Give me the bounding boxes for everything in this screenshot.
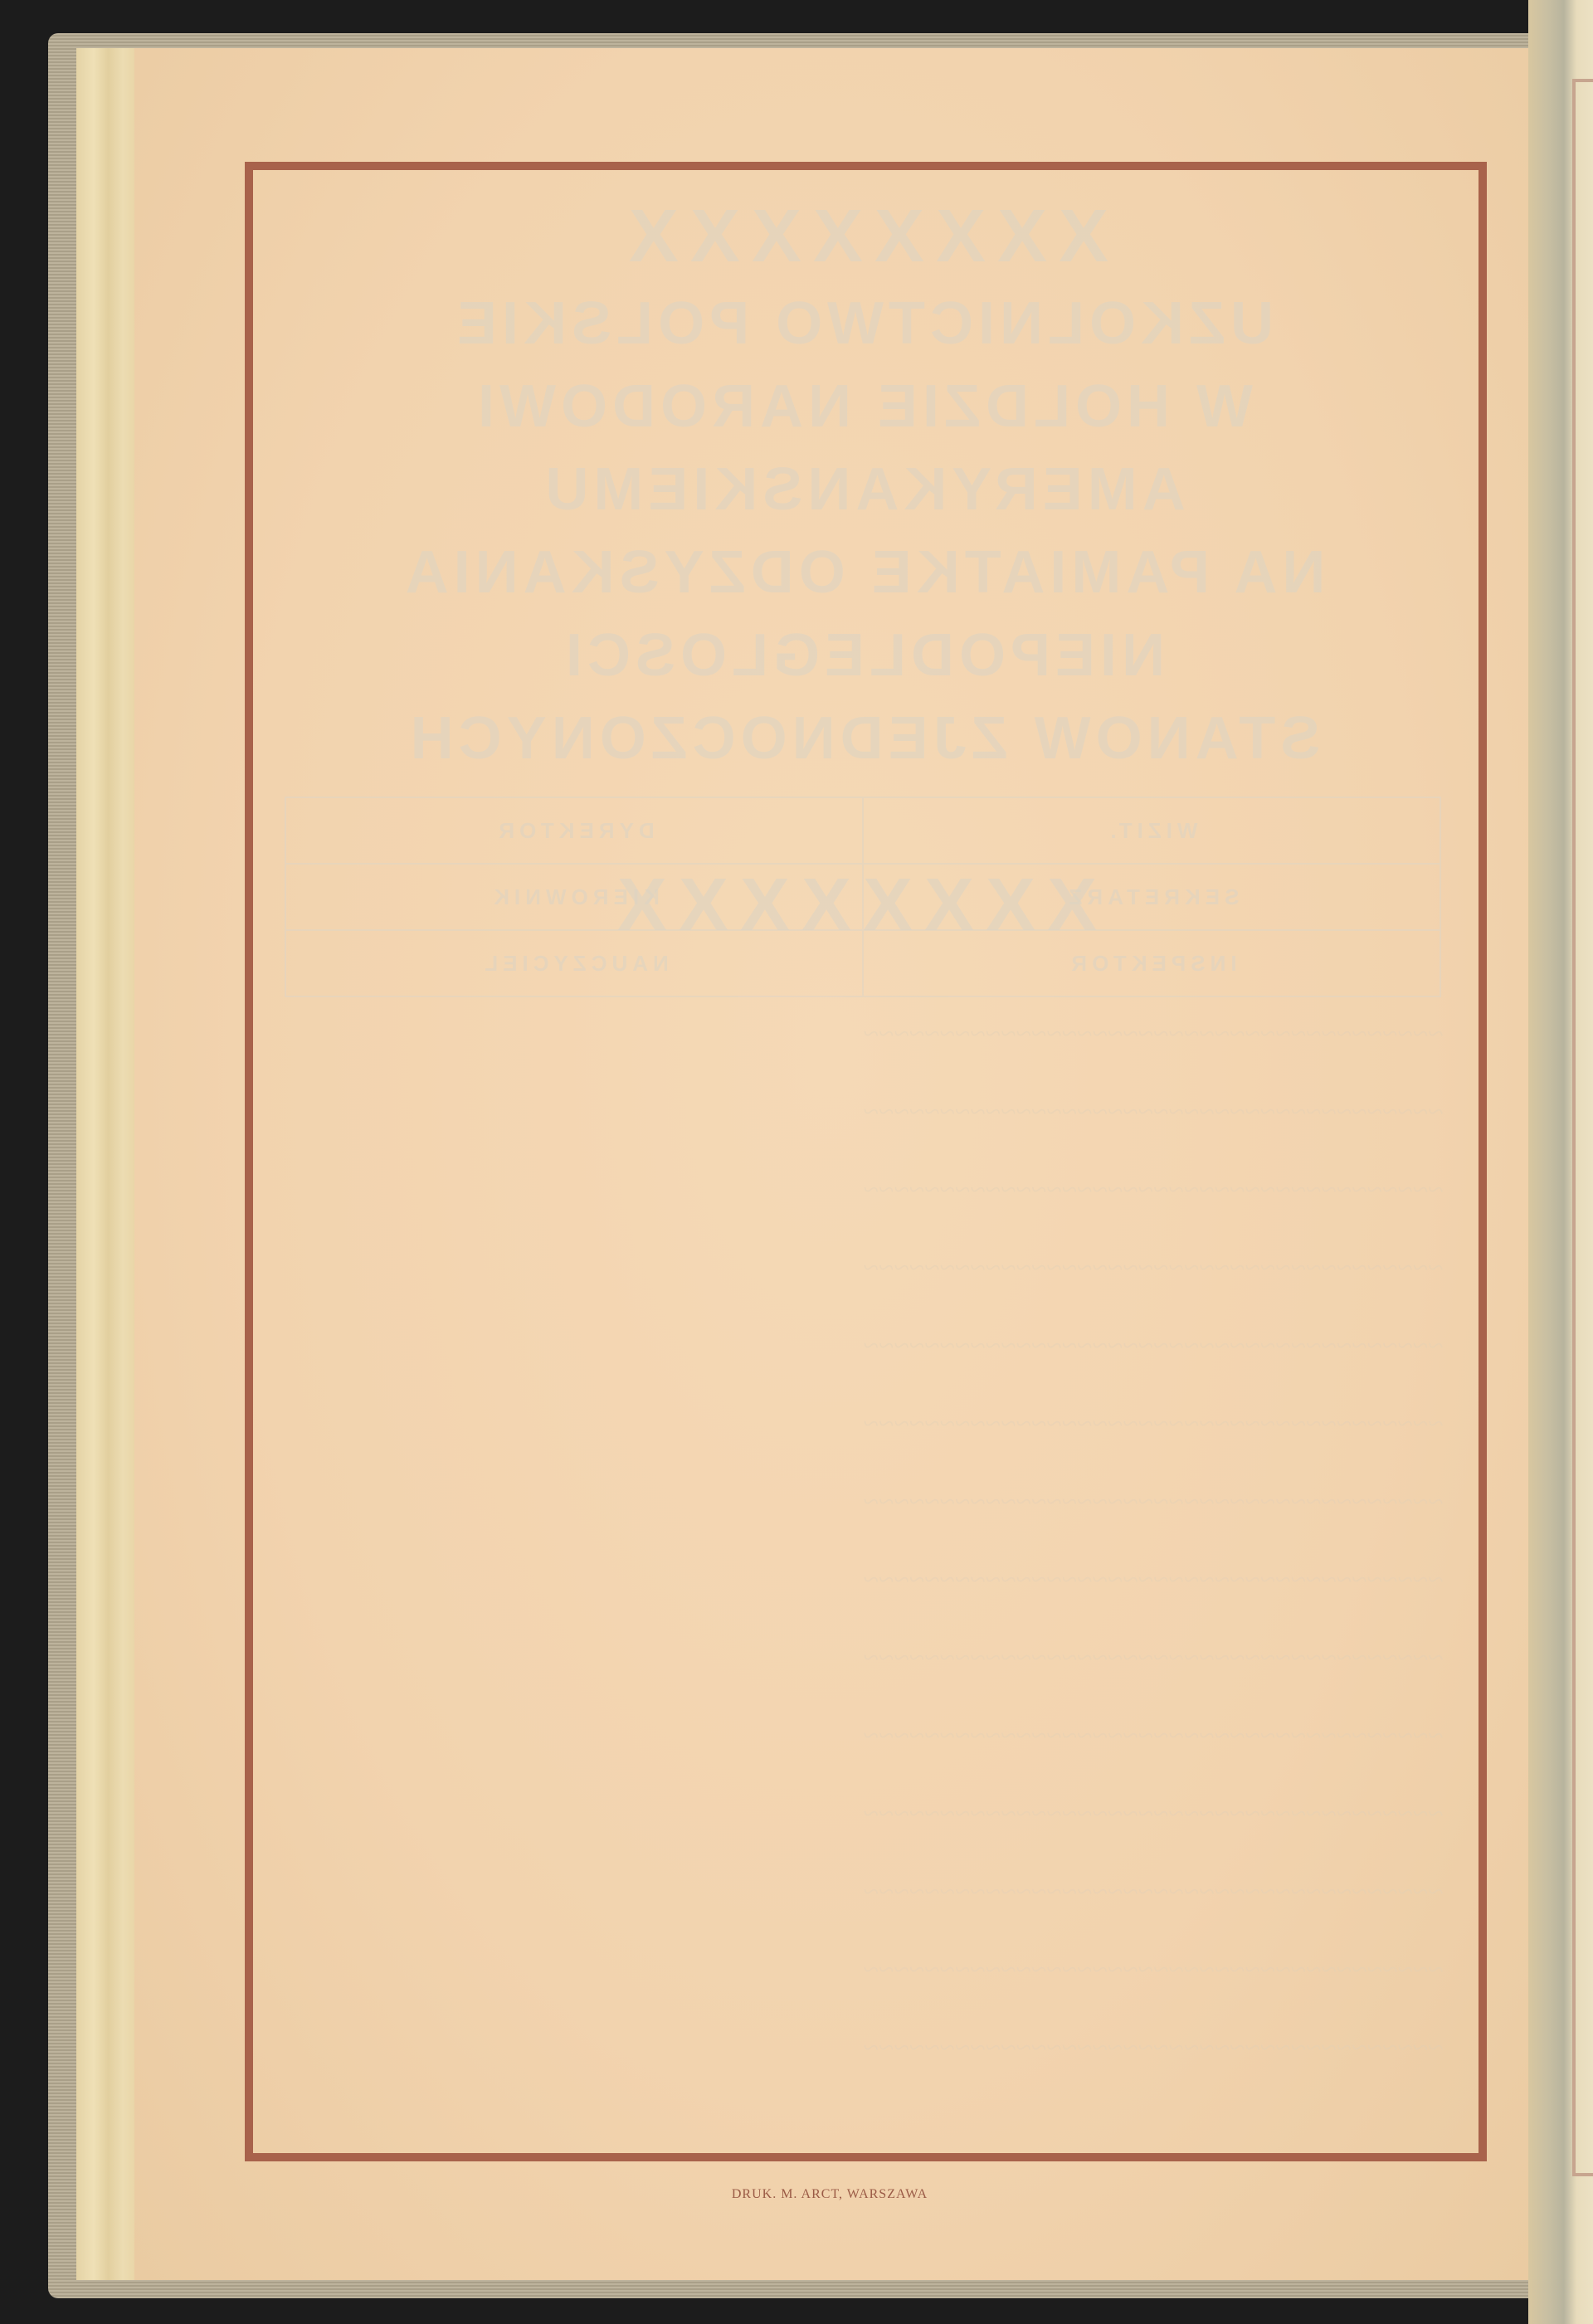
show-through-top-ornament: XXXXXXXX bbox=[282, 191, 1444, 282]
facing-page-frame-edge bbox=[1572, 79, 1593, 2176]
handwriting-line: ~~~~~~~~~~~~~~~~~~~~~~~~~~~~~~~~~~~~~~ bbox=[282, 1074, 1444, 1152]
handwriting-line: ~~~~~~~~~~~~~~~~~~~~~~~~~~~~~~~~~~~~~~ bbox=[282, 1542, 1444, 1620]
handwriting-line: ~~~~~~~~~~~~~~~~~~~~~~~~~~~~~~~~~~~~~~ bbox=[282, 996, 1444, 1074]
show-through-line: UZKOLNICTWO POLSKIE bbox=[282, 282, 1444, 365]
show-through-line: NIEPODLEGLOSCI bbox=[282, 614, 1444, 697]
handwriting-line: ~~~~~~~~~~~~~~~~~~~~~~~~~~~~~~~~~~~~~~ bbox=[282, 1308, 1444, 1386]
show-through-line: NA PAMIATKE ODZYSKANIA bbox=[282, 531, 1444, 614]
table-cell: DYREKTOR bbox=[286, 798, 864, 863]
handwriting-line: ~~~~~~~~~~~~~~~~~~~~~~~~~~~~~~~~~~~~~~ bbox=[282, 1698, 1444, 1776]
printer-imprint: DRUK. M. ARCT, WARSZAWA bbox=[0, 2187, 1593, 2202]
handwriting-line: ~~~~~~~~~~~~~~~~~~~~~~~~~~~~~~~~~~~~~~ bbox=[282, 1386, 1444, 1464]
reverse-side-show-through: XXXXXXXX UZKOLNICTWO POLSKIE W HOLDZIE N… bbox=[282, 191, 1444, 938]
handwriting-line: ~~~~~~~~~~~~~~~~~~~~~~~~~~~~~~~~~~~~~~ bbox=[282, 1854, 1444, 1932]
show-through-bottom-ornament: XXXXXXXX bbox=[282, 863, 1444, 954]
handwriting-line: ~~~~~~~~~~~~~~~~~~~~~~~~~~~~~~~~~~~~~~ bbox=[282, 1932, 1444, 2010]
handwriting-line: ~~~~~~~~~~~~~~~~~~~~~~~~~~~~~~~~~~~~~~ bbox=[282, 1230, 1444, 1308]
handwriting-line: ~~~~~~~~~~~~~~~~~~~~~~~~~~~~~~~~~~~~~~ bbox=[282, 2010, 1444, 2088]
handwriting-line: ~~~~~~~~~~~~~~~~~~~~~~~~~~~~~~~~~~~~~~ bbox=[282, 1464, 1444, 1542]
handwriting-line: ~~~~~~~~~~~~~~~~~~~~~~~~~~~~~~~~~~~~~~ bbox=[282, 1776, 1444, 1854]
page-block-edges bbox=[76, 48, 134, 2280]
show-through-line: W HOLDZIE NARODOWI bbox=[282, 365, 1444, 448]
show-through-line: STANOW ZJEDNOCZONYCH bbox=[282, 697, 1444, 780]
handwriting-line: ~~~~~~~~~~~~~~~~~~~~~~~~~~~~~~~~~~~~~~ bbox=[282, 1620, 1444, 1698]
table-cell: WIZIT. bbox=[864, 798, 1440, 863]
show-through-line: AMERYKANSKIEMU bbox=[282, 448, 1444, 531]
handwritten-signatures-show-through: ~~~~~~~~~~~~~~~~~~~~~~~~~~~~~~~~~~~~~~ ~… bbox=[282, 996, 1444, 2088]
handwriting-line: ~~~~~~~~~~~~~~~~~~~~~~~~~~~~~~~~~~~~~~ bbox=[282, 1152, 1444, 1230]
table-row: WIZIT. DYREKTOR bbox=[286, 798, 1440, 863]
